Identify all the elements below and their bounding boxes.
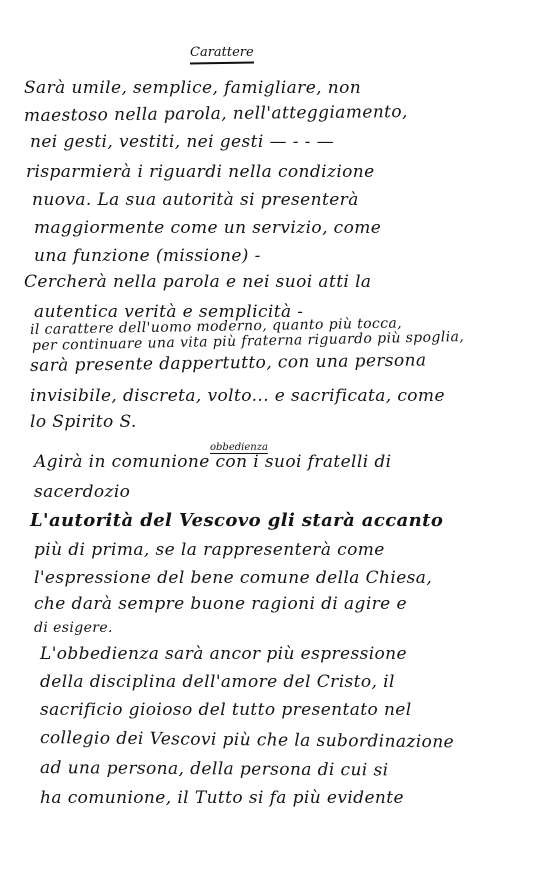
text-line: nuova. La sua autorità si presenterà [32, 190, 359, 210]
text-line: maggiormente come un servizio, come [34, 218, 381, 238]
text-line: collegio dei Vescovi più che la subordin… [40, 728, 454, 752]
text-line: sarà presente dappertutto, con una perso… [30, 350, 427, 376]
heading-text: Carattere [190, 45, 254, 60]
text-line: L'autorità del Vescovo gli starà accanto [30, 510, 443, 531]
text-line: nei gesti, vestiti, nei gesti — - - — [30, 132, 334, 152]
text-line: Agirà in comunione con i suoi fratelli d… [34, 452, 392, 472]
text-line: sacrificio gioioso del tutto presentato … [40, 700, 412, 720]
text-line: invisibile, discreta, volto... e sacrifi… [30, 386, 445, 406]
text-line: ha comunione, il Tutto si fa più evident… [40, 788, 404, 808]
text-line: che darà sempre buone ragioni di agire e [34, 594, 407, 614]
text-line: maestoso nella parola, nell'atteggiament… [24, 102, 408, 126]
text-line: sacerdozio [34, 482, 130, 502]
text-line: ad una persona, della persona di cui si [40, 758, 389, 780]
heading-underline [190, 61, 254, 64]
text-line: di esigere. [34, 620, 113, 636]
text-line: risparmierà i riguardi nella condizione [26, 162, 375, 182]
text-line: l'espressione del bene comune della Chie… [34, 568, 432, 588]
text-line: Cercherà nella parola e nei suoi atti la [24, 272, 371, 292]
text-line: Sarà umile, semplice, famigliare, non [24, 78, 361, 98]
text-line: lo Spirito S. [30, 412, 137, 432]
text-line: più di prima, se la rappresenterà come [34, 540, 385, 560]
text-line: della disciplina dell'amore del Cristo, … [40, 672, 395, 692]
text-line: una funzione (missione) - [34, 246, 261, 266]
text-line: L'obbedienza sarà ancor più espressione [40, 644, 407, 664]
manuscript-page: Carattere Sarà umile, semplice, famiglia… [0, 0, 540, 872]
section-heading-carattere: Carattere [190, 45, 254, 64]
